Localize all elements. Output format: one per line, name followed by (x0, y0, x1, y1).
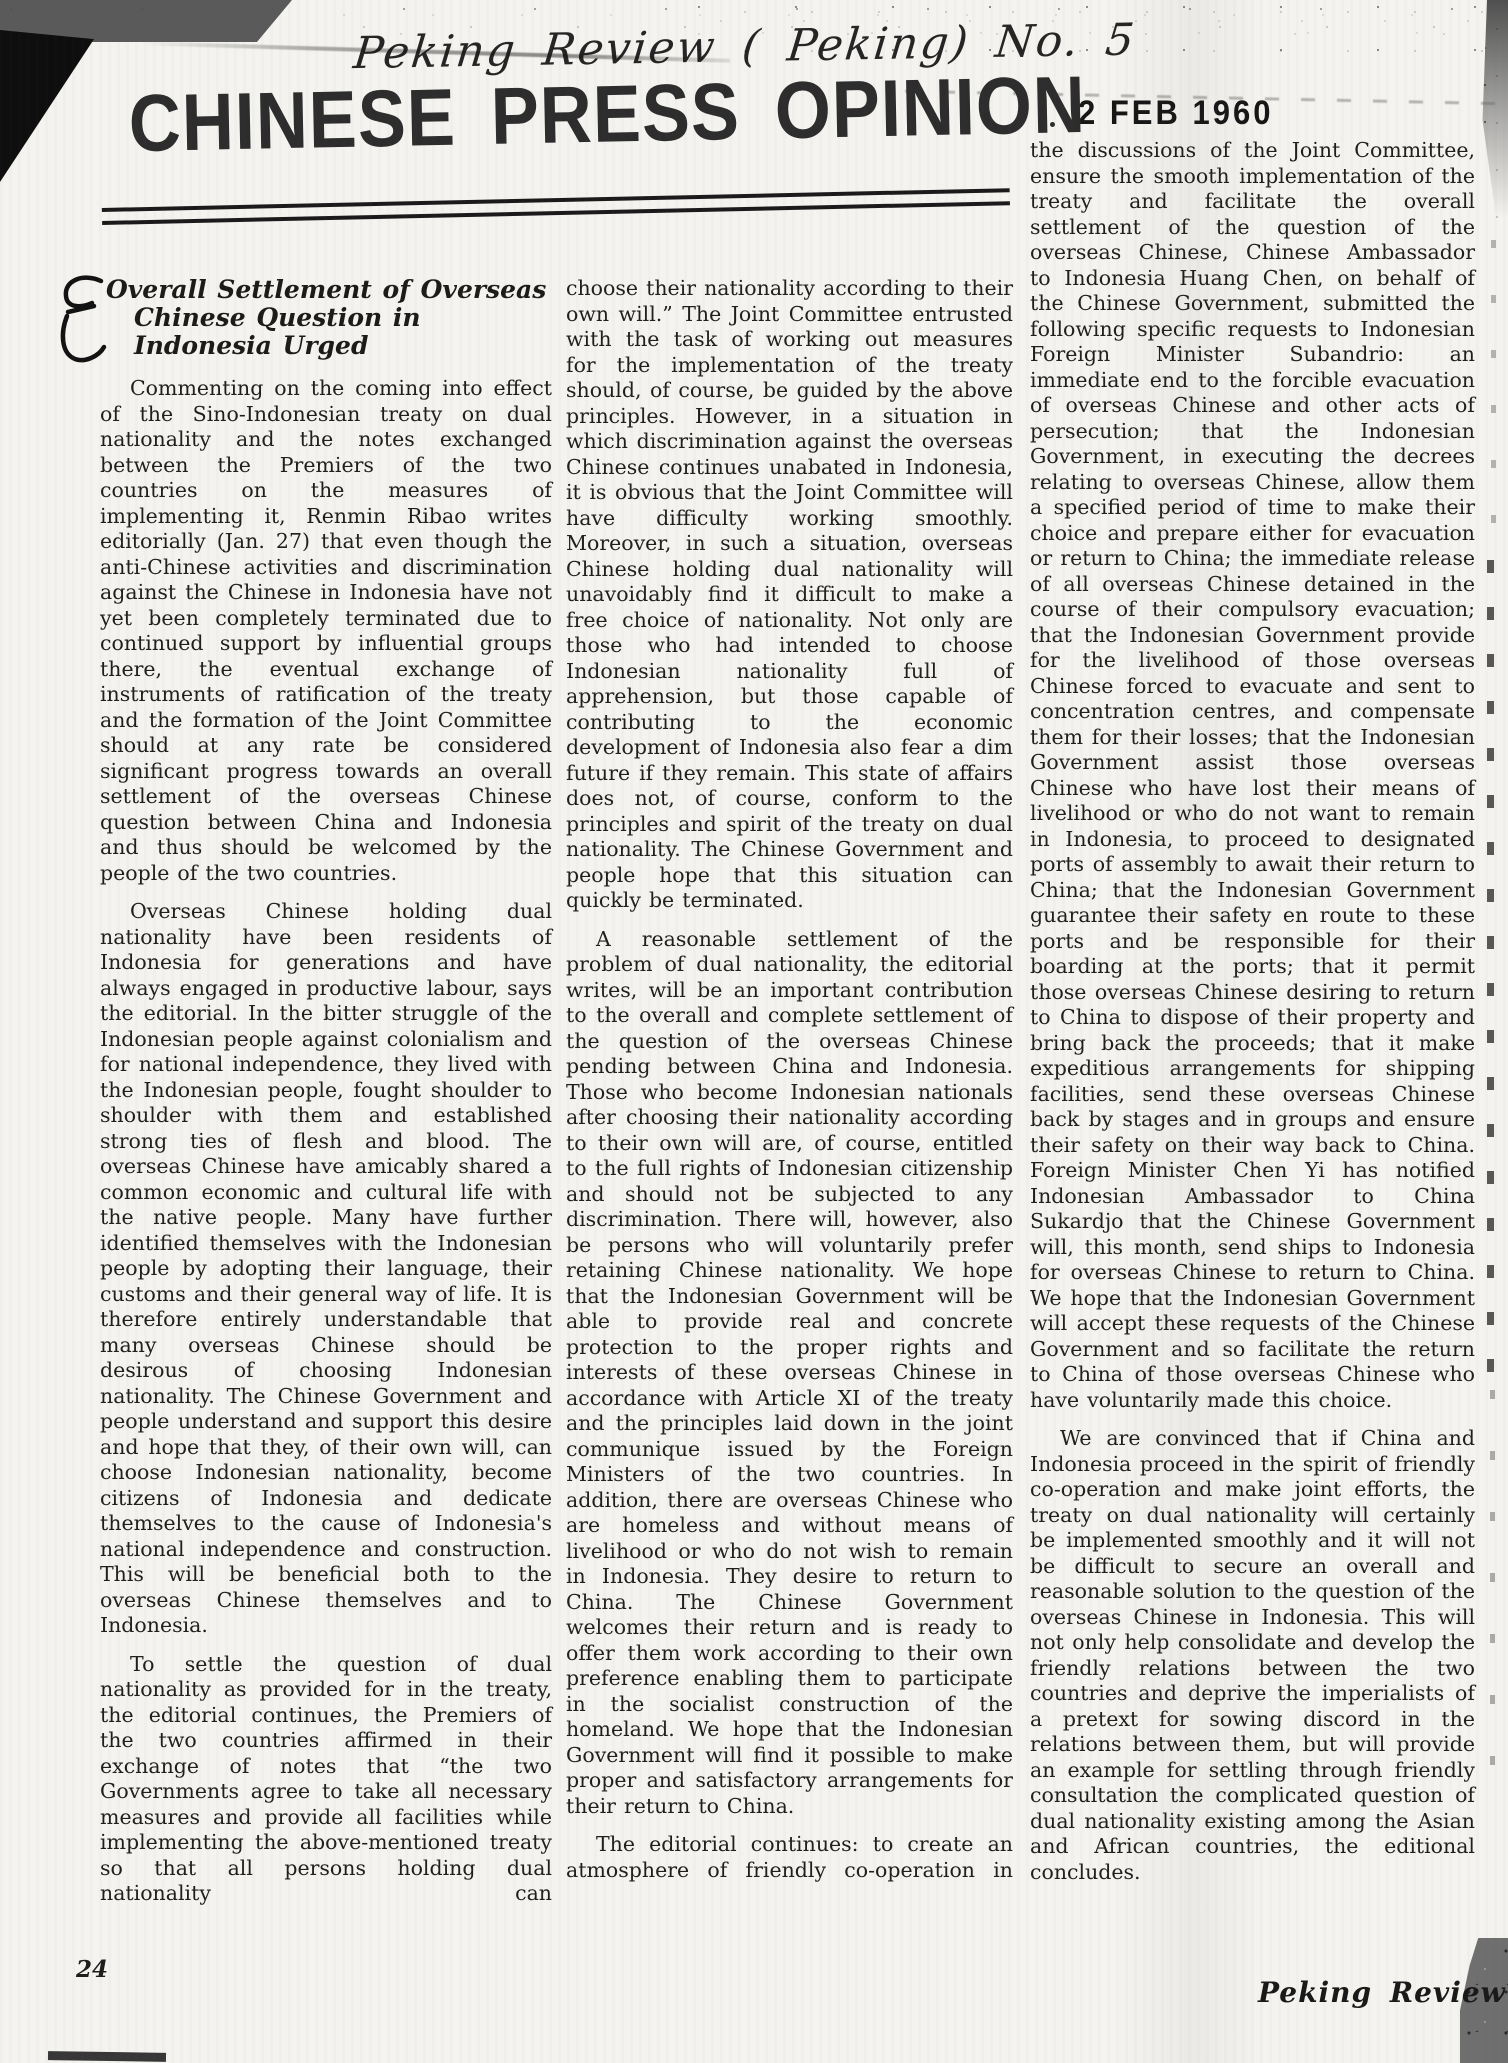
page-corner-fold (0, 30, 94, 182)
heading-line: Chinese Question in (100, 304, 552, 332)
paragraph: Commenting on the coming into effect of … (100, 376, 552, 886)
scan-binding-marks-middle (1487, 560, 1494, 1380)
column-1: Overall Settlement of Overseas Chinese Q… (100, 276, 552, 1920)
page-number: 24 (76, 1956, 108, 1983)
heading-line: Overall Settlement of Overseas (100, 276, 552, 304)
paragraph: A reasonable settlement of the problem o… (566, 927, 1013, 1820)
paragraph: To settle the question of dual nationali… (100, 1652, 552, 1907)
paragraph: We are convinced that if China and Indon… (1030, 1426, 1475, 1885)
heading-line: Indonesia Urged (100, 332, 552, 360)
masthead-rule (102, 188, 1010, 225)
paragraph: choose their nationality according to th… (566, 276, 1013, 914)
scan-binding-marks-lower (1490, 1390, 1495, 1810)
scan-corner-shadow (0, 0, 292, 42)
article-heading: Overall Settlement of Overseas Chinese Q… (100, 276, 552, 360)
paragraph: the discussions of the Joint Committee, … (1030, 138, 1475, 1413)
column-2-text: choose their nationality according to th… (566, 276, 1013, 1883)
paragraph: The editorial continues: to create an at… (566, 1832, 1013, 1883)
column-1-text: Commenting on the coming into effect of … (100, 376, 552, 1907)
scanned-page: { "masthead": { "title": "CHINESE PRESS … (0, 0, 1508, 2063)
column-3-text: the discussions of the Joint Committee, … (1030, 138, 1475, 1885)
column-2: choose their nationality according to th… (566, 276, 1013, 1896)
date-stamp: 2 FEB 1960 (1078, 95, 1273, 130)
scan-edge-bottom-left (48, 2051, 166, 2062)
scan-binding-marks-upper (1491, 240, 1496, 540)
scan-edge-right-top (1478, 0, 1508, 218)
paragraph: Overseas Chinese holding dual nationalit… (100, 899, 552, 1639)
publication-name: Peking Review (1258, 1976, 1506, 2009)
page-title: CHINESE PRESS OPINION (128, 65, 1087, 165)
column-3: the discussions of the Joint Committee, … (1030, 138, 1475, 1898)
